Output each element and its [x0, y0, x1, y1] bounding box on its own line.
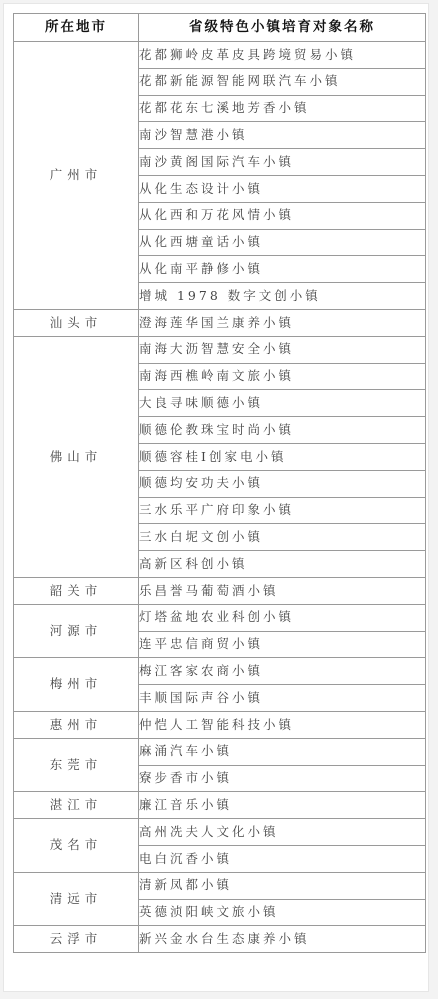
- town-cell: 顺德均安功夫小镇: [139, 470, 426, 497]
- header-town-name: 省级特色小镇培育对象名称: [139, 14, 426, 42]
- city-cell: 梅州市: [14, 658, 139, 712]
- town-cell: 顺德容桂Ⅰ创家电小镇: [139, 443, 426, 470]
- city-cell: 东莞市: [14, 738, 139, 792]
- city-cell: 汕头市: [14, 309, 139, 336]
- town-cell: 顺德伦教珠宝时尚小镇: [139, 417, 426, 444]
- table-row: 佛山市 南海大沥智慧安全小镇: [14, 336, 426, 363]
- town-cell: 梅江客家农商小镇: [139, 658, 426, 685]
- table-row: 湛江市 廉江音乐小镇: [14, 792, 426, 819]
- city-cell: 清远市: [14, 872, 139, 926]
- town-cell: 高新区科创小镇: [139, 551, 426, 578]
- town-cell: 电白沉香小镇: [139, 845, 426, 872]
- town-cell: 灯塔盆地农业科创小镇: [139, 604, 426, 631]
- town-cell: 三水乐平广府印象小镇: [139, 497, 426, 524]
- table-row: 惠州市 仲恺人工智能科技小镇: [14, 711, 426, 738]
- table-row: 梅州市 梅江客家农商小镇: [14, 658, 426, 685]
- table-row: 清远市 清新凤都小镇: [14, 872, 426, 899]
- town-cell: 丰顺国际声谷小镇: [139, 685, 426, 712]
- town-cell: 南海大沥智慧安全小镇: [139, 336, 426, 363]
- town-cell: 从化生态设计小镇: [139, 175, 426, 202]
- table-header-row: 所在地市 省级特色小镇培育对象名称: [14, 14, 426, 42]
- town-cell: 从化西和万花风情小镇: [139, 202, 426, 229]
- town-cell: 三水白坭文创小镇: [139, 524, 426, 551]
- town-cell: 花都新能源智能网联汽车小镇: [139, 68, 426, 95]
- town-cell: 麻涌汽车小镇: [139, 738, 426, 765]
- town-cell: 连平忠信商贸小镇: [139, 631, 426, 658]
- header-city: 所在地市: [14, 14, 139, 42]
- town-cell: 英德浈阳峡文旅小镇: [139, 899, 426, 926]
- town-cell: 南沙智慧港小镇: [139, 122, 426, 149]
- city-cell: 韶关市: [14, 577, 139, 604]
- town-cell: 廉江音乐小镇: [139, 792, 426, 819]
- city-cell: 茂名市: [14, 819, 139, 873]
- table-row: 汕头市 澄海莲华国兰康养小镇: [14, 309, 426, 336]
- table-row: 云浮市 新兴金水台生态康养小镇: [14, 926, 426, 953]
- town-cell: 南海西樵岭南文旅小镇: [139, 363, 426, 390]
- city-cell: 佛山市: [14, 336, 139, 577]
- town-cell: 乐昌誉马葡萄酒小镇: [139, 577, 426, 604]
- city-cell: 广州市: [14, 42, 139, 310]
- town-cell: 花都花东七溪地芳香小镇: [139, 95, 426, 122]
- town-cell: 花都狮岭皮革皮具跨境贸易小镇: [139, 42, 426, 69]
- town-cell: 大良寻味顺德小镇: [139, 390, 426, 417]
- city-cell: 河源市: [14, 604, 139, 658]
- town-cell: 澄海莲华国兰康养小镇: [139, 309, 426, 336]
- town-cell: 清新凤都小镇: [139, 872, 426, 899]
- town-cell: 从化西塘童话小镇: [139, 229, 426, 256]
- town-cell: 南沙黄阁国际汽车小镇: [139, 149, 426, 176]
- city-cell: 湛江市: [14, 792, 139, 819]
- table-row: 东莞市 麻涌汽车小镇: [14, 738, 426, 765]
- town-cell: 高州冼夫人文化小镇: [139, 819, 426, 846]
- table-row: 茂名市 高州冼夫人文化小镇: [14, 819, 426, 846]
- town-cell: 从化南平静修小镇: [139, 256, 426, 283]
- town-cell: 仲恺人工智能科技小镇: [139, 711, 426, 738]
- table-body: 广州市 花都狮岭皮革皮具跨境贸易小镇 花都新能源智能网联汽车小镇 花都花东七溪地…: [14, 42, 426, 953]
- table-row: 河源市 灯塔盆地农业科创小镇: [14, 604, 426, 631]
- town-cell: 新兴金水台生态康养小镇: [139, 926, 426, 953]
- table-row: 广州市 花都狮岭皮革皮具跨境贸易小镇: [14, 42, 426, 69]
- table-row: 韶关市 乐昌誉马葡萄酒小镇: [14, 577, 426, 604]
- town-cell: 寮步香市小镇: [139, 765, 426, 792]
- town-cell: 增城 1978 数字文创小镇: [139, 283, 426, 310]
- city-cell: 惠州市: [14, 711, 139, 738]
- characteristic-towns-table: 所在地市 省级特色小镇培育对象名称 广州市 花都狮岭皮革皮具跨境贸易小镇 花都新…: [13, 13, 426, 953]
- city-cell: 云浮市: [14, 926, 139, 953]
